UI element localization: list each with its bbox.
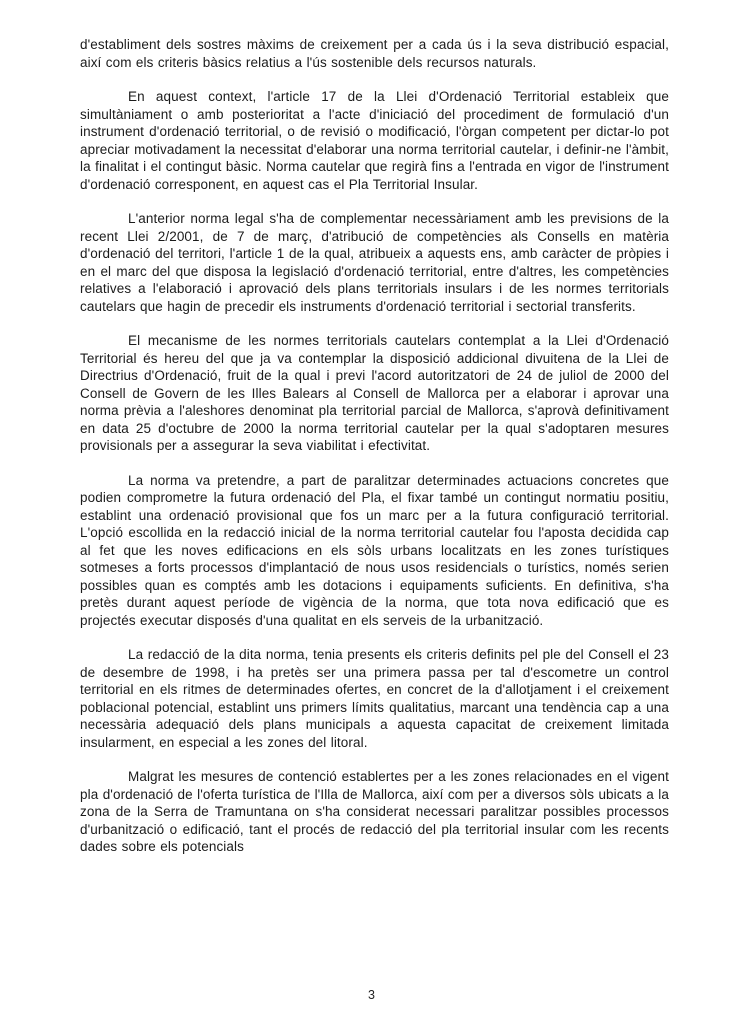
paragraph-article-17: En aquest context, l'article 17 de la Ll… [80, 88, 669, 193]
paragraph-norma-pretendre: La norma va pretendre, a part de paralit… [80, 472, 669, 630]
text-block: d'establiment dels sostres màxims de cre… [80, 36, 669, 873]
page-number: 3 [0, 988, 743, 1002]
paragraph-llei-2-2001: L'anterior norma legal s'ha de complemen… [80, 210, 669, 315]
paragraph-malgrat-mesures: Malgrat les mesures de contenció estable… [80, 768, 669, 856]
paragraph-mecanisme-normes: El mecanisme de les normes territorials … [80, 332, 669, 455]
paragraph-redaccio-norma: La redacció de la dita norma, tenia pres… [80, 646, 669, 751]
paragraph-continuation: d'establiment dels sostres màxims de cre… [80, 36, 669, 71]
document-page: d'establiment dels sostres màxims de cre… [0, 0, 743, 1034]
